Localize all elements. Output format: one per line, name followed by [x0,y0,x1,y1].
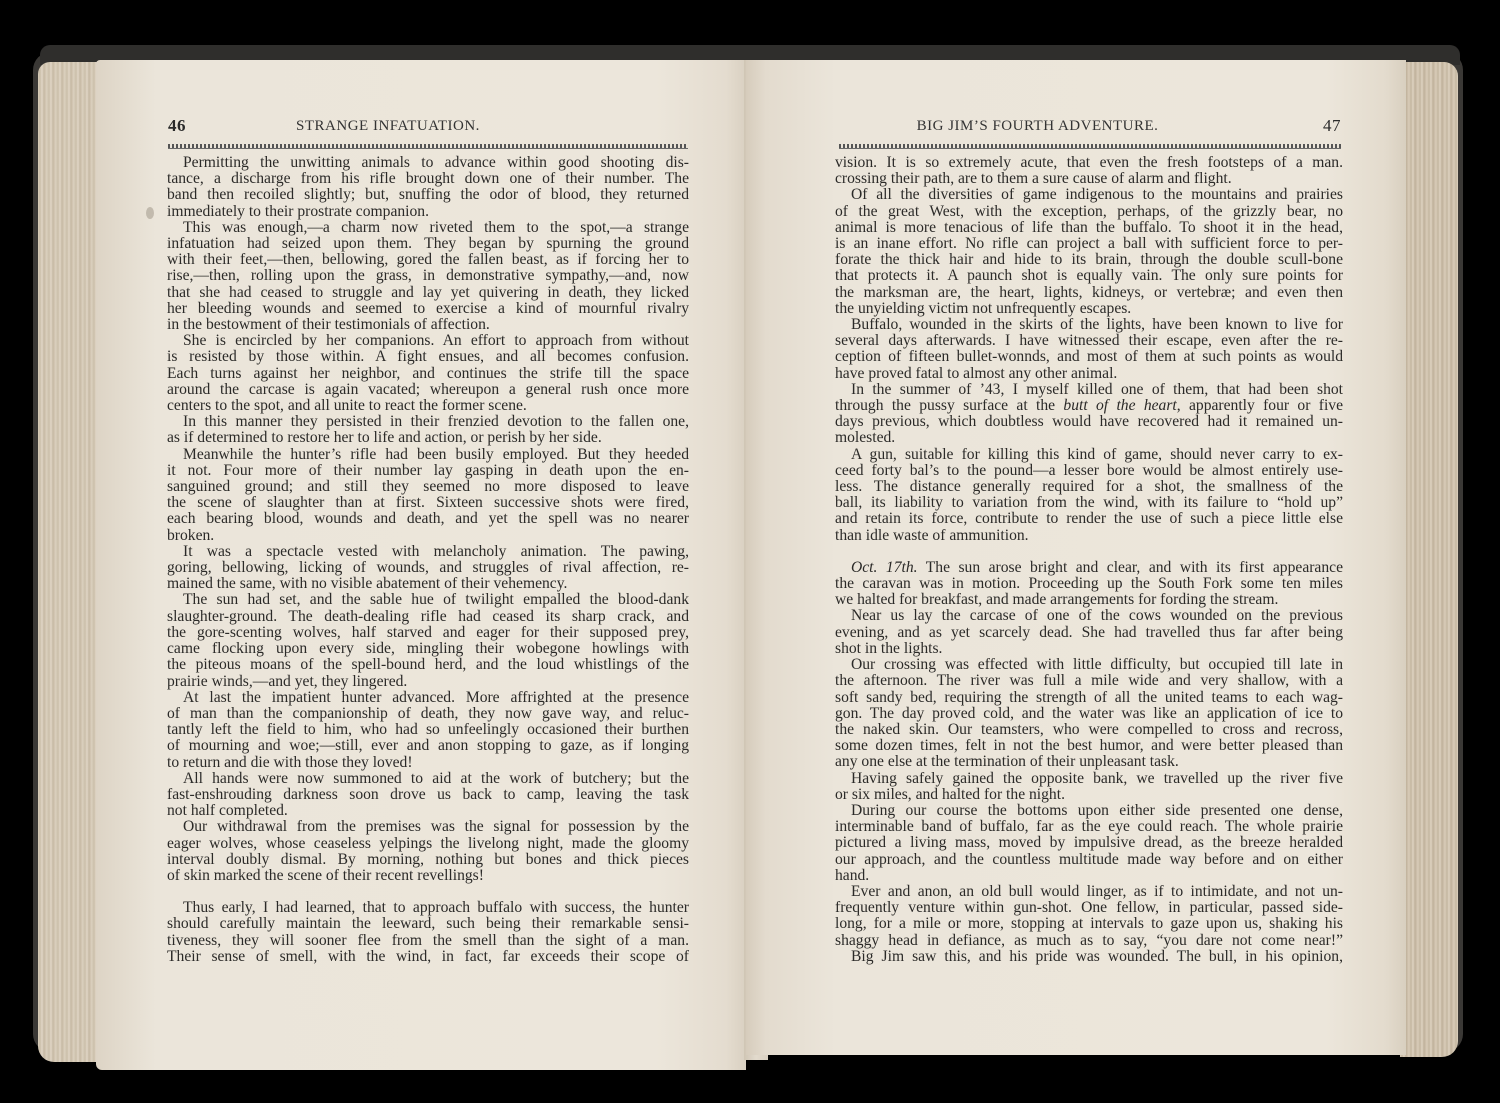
text-line: around the carcase is again vacated; whe… [167,382,689,398]
text-line: or six miles, and halted for the night. [835,787,1343,803]
text-line: Our withdrawal from the premises was the… [167,819,689,835]
text-line: eager wolves, whose ceaseless yelpings t… [167,836,689,852]
right-header-rule [839,144,1341,149]
text-line: days previous, which doubtless would hav… [835,414,1343,430]
text-line: through the pussy surface at the butt of… [835,398,1343,414]
text-line: goring, bellowing, licking of wounds, an… [167,560,689,576]
text-line: Buffalo, wounded in the skirts of the li… [835,317,1343,333]
text-line: in the bestowment of their testimonials … [167,317,689,333]
text-line: animal is more tenacious of life than th… [835,220,1343,236]
text-line: This was enough,—a charm now riveted the… [167,220,689,236]
text-line: soft sandy bed, requiring the strength o… [835,690,1343,706]
left-header-rule [168,144,688,149]
text-line: the afternoon. The river was full a mile… [835,673,1343,689]
text-line: interval doubly dismal. By morning, noth… [167,852,689,868]
text-line: should carefully maintain the leeward, s… [167,916,689,932]
text-line: less. The distance generally required fo… [835,479,1343,495]
text-line: Their sense of smell, with the wind, in … [167,949,689,965]
text-line: Having safely gained the opposite bank, … [835,771,1343,787]
left-running-head: STRANGE INFATUATION. [128,118,648,135]
text-line: Ever and anon, an old bull would linger,… [835,884,1343,900]
right-page: BIG JIM’S FOURTH ADVENTURE. 47 vision. I… [746,60,1406,1055]
text-line: her bleeding wounds and seemed to exerci… [167,301,689,317]
text-line: She is encircled by her companions. An e… [167,333,689,349]
text-line: Permitting the unwitting animals to adva… [167,155,689,171]
text-line: tantly left the field to him, who had so… [167,722,689,738]
text-line: A gun, suitable for killing this kind of… [835,447,1343,463]
text-line: ception of fifteen bullet-wonnds, and mo… [835,349,1343,365]
text-line: of the great West, with the exception, p… [835,204,1343,220]
text-line: long, for a mile or more, stopping at in… [835,916,1343,932]
text-line: prairie winds,—and yet, they lingered. [167,674,689,690]
text-line: In the summer of ’43, I myself killed on… [835,382,1343,398]
text-line: tance, a discharge from his rifle brough… [167,171,689,187]
text-line: the caravan was in motion. Proceeding up… [835,576,1343,592]
text-line: we halted for breakfast, and made arrang… [835,592,1343,608]
text-line: At last the impatient hunter advanced. M… [167,690,689,706]
right-body-text: vision. It is so extremely acute, that e… [835,155,1343,965]
text-line: infatuation had seized upon them. They b… [167,236,689,252]
text-line: sanguined ground; and still they seemed … [167,479,689,495]
text-line: the piteous moans of the spell-bound her… [167,657,689,673]
text-line: of man than the companionship of death, … [167,706,689,722]
text-line: the naked skin. Our teamsters, who were … [835,722,1343,738]
text-line: and retain its force, contribute to rend… [835,511,1343,527]
text-line: is resisted by those within. A fight ens… [167,349,689,365]
text-line: several days afterwards. I have witnesse… [835,333,1343,349]
text-line: have proved fatal to almost any other an… [835,366,1343,382]
text-line: came flocking upon every side, mingling … [167,641,689,657]
right-running-head: BIG JIM’S FOURTH ADVENTURE. [789,118,1286,135]
text-line: not half completed. [167,803,689,819]
text-line: fast-enshrouding darkness soon drove us … [167,787,689,803]
text-line: our approach, and the countless multitud… [835,852,1343,868]
text-line: the unyielding victim not unfrequently e… [835,301,1343,317]
text-line: Thus early, I had learned, that to appro… [167,900,689,916]
text-line: Oct. 17th. The sun arose bright and clea… [835,560,1343,576]
page-edges-right [1400,62,1458,1057]
text-line: is an inane effort. No rifle can project… [835,236,1343,252]
left-body-text: Permitting the unwitting animals to adva… [167,155,689,965]
text-line: any one else at the termination of their… [835,754,1343,770]
right-page-number: 47 [1323,116,1341,136]
text-line: During our course the bottoms upon eithe… [835,803,1343,819]
text-line: tiveness, they will sooner flee from the… [167,933,689,949]
text-line: Meanwhile the hunter’s rifle had been bu… [167,447,689,463]
text-line: of mourning and woe;—still, ever and ano… [167,738,689,754]
text-line: each bearing blood, wounds and death, an… [167,511,689,527]
text-line: than idle waste of ammunition. [835,528,1343,544]
text-line: that she had ceased to struggle and lay … [167,285,689,301]
text-line: ball, its liability to variation from th… [835,495,1343,511]
text-line: to return and die with those they loved! [167,755,689,771]
text-line: Big Jim saw this, and his pride was woun… [835,949,1343,965]
text-line: rise,—then, rolling upon the grass, in d… [167,268,689,284]
text-line: The sun had set, and the sable hue of tw… [167,592,689,608]
italic-phrase: butt of the heart [1063,397,1176,414]
text-line: vision. It is so extremely acute, that e… [835,155,1343,171]
text-line: shaggy head in defiance, as much as to s… [835,933,1343,949]
text-line: it not. Four more of their number lay ga… [167,463,689,479]
text-line: band then recoiled slightly; but, snuffi… [167,187,689,203]
text-line: Of all the diversities of game indigenou… [835,187,1343,203]
text-line: with their feet,—then, bellowing, gored … [167,252,689,268]
text-line: Each turns against her neighbor, and con… [167,366,689,382]
text-line: gon. The day proved cold, and the water … [835,706,1343,722]
text-line: centers to the spot, and all unite to re… [167,398,689,414]
text-line: ceed forty bal’s to the pound—a lesser b… [835,463,1343,479]
text-line: evening, and as yet scarcely dead. She h… [835,625,1343,641]
ink-blemish [146,207,154,219]
text-line: the scene of slaughter than at first. Si… [167,495,689,511]
section-break [835,544,1343,560]
text-line: In this manner they persisted in their f… [167,414,689,430]
text-line: All hands were now summoned to aid at th… [167,771,689,787]
text-line: pictured a living mass, moved by impulsi… [835,835,1343,851]
right-page-header: BIG JIM’S FOURTH ADVENTURE. 47 [844,116,1341,140]
text-line: Near us lay the carcase of one of the co… [835,608,1343,624]
text-line: frequently venture within gun-shot. One … [835,900,1343,916]
text-line: as if determined to restore her to life … [167,430,689,446]
text-line: Our crossing was effected with little di… [835,657,1343,673]
page-edges-left [38,62,98,1062]
date-heading: Oct. 17th. [851,559,918,576]
text-line: the marksman are, the heart, lights, kid… [835,285,1343,301]
text-line: forate the thick hair and hide to its br… [835,252,1343,268]
text-line: the gore-scenting wolves, half starved a… [167,625,689,641]
text-line: some dozen times, felt in not the best h… [835,738,1343,754]
text-line: It was a spectacle vested with melanchol… [167,544,689,560]
text-line: hand. [835,868,1343,884]
left-page-header: 46 STRANGE INFATUATION. [168,116,688,140]
text-line: broken. [167,528,689,544]
section-break [167,884,689,900]
text-line: molested. [835,430,1343,446]
left-page: 46 STRANGE INFATUATION. Permitting the u… [96,60,746,1070]
text-line: mained the same, with no visible abateme… [167,576,689,592]
text-line: shot in the lights. [835,641,1343,657]
text-line: that protects it. A paunch shot is equal… [835,268,1343,284]
text-line: interminable band of buffalo, far as the… [835,819,1343,835]
text-line: slaughter-ground. The death-dealing rifl… [167,609,689,625]
text-line: of skin marked the scene of their recent… [167,868,689,884]
text-line: crossing their path, are to them a sure … [835,171,1343,187]
text-line: immediately to their prostrate companion… [167,204,689,220]
